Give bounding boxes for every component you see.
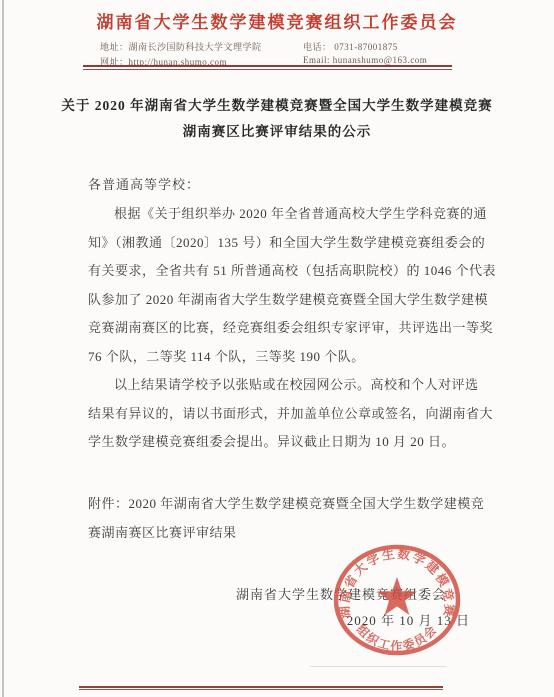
body-line: 知》（湘教通〔2020〕135 号）和全国大学生数学建模竞赛组委会的 [88,229,480,258]
attachment-note: 附件：2020 年湖南省大学生数学建模竞赛暨全国大学生数学建模竞 赛湖南赛区比赛… [88,490,480,547]
body-line: 学生数学建模竞赛组委会提出。异议截止日期为 10 月 20 日。 [88,428,480,457]
contact-phone: 电话： 0731-87001875 [303,40,398,53]
document-title-line1: 关于 2020 年湖南省大学生数学建模竞赛暨全国大学生数学建模竞赛 [40,94,514,114]
contact-email: Email: hunanshumo@163.com [303,55,427,65]
organization-title: 湖南省大学生数学建模竞赛组织工作委员会 [0,8,554,33]
scanned-notice-page: 湖南省大学生数学建模竞赛组织工作委员会 地址：湖南长沙国防科技大学文理学院 电话… [0,0,554,697]
body-line: 竞赛湖南赛区的比赛，经竞赛组委会组织专家评审，共评选出一等奖 [88,314,480,343]
contact-address: 地址：湖南长沙国防科技大学文理学院 [100,40,262,53]
footer-separator-line [79,686,443,690]
attachment-line: 附件：2020 年湖南省大学生数学建模竞赛暨全国大学生数学建模竞 [88,490,480,519]
official-red-seal: 湖南省大学生数学建模竞赛 组织工作委员会 [331,542,463,658]
body-line: 76 个队，二等奖 114 个队，三等奖 190 个队。 [88,343,480,372]
salutation: 各普通高等学校： [88,174,200,193]
body-text: 根据《关于组织举办 2020 年全省普通高校大学生学科竞赛的通 知》（湘教通〔2… [88,200,480,457]
document-title-line2: 湖南赛区比赛评审结果的公示 [40,120,514,140]
body-line: 结果有异议的，请以书面形式，并加盖单位公章或签名，向湖南省大 [88,400,480,429]
body-line: 队参加了 2020 年湖南省大学生数学建模竞赛暨全国大学生数学建模 [88,286,480,315]
body-line: 有关要求，全省共有 51 所普通高校（包括高职院校）的 1046 个代表 [88,257,480,286]
page-left-edge-line [2,0,4,697]
body-line: 以上结果请学校予以张贴或在校园网公示。高校和个人对评选 [88,371,480,400]
header-separator-line [83,65,452,70]
contact-row-1: 地址：湖南长沙国防科技大学文理学院 电话： 0731-87001875 [0,38,554,53]
seal-underline-divider [310,666,446,667]
body-line: 根据《关于组织举办 2020 年全省普通高校大学生学科竞赛的通 [88,200,480,229]
contact-block: 地址：湖南长沙国防科技大学文理学院 电话： 0731-87001875 网址：h… [0,38,554,68]
red-star-icon [377,577,417,615]
